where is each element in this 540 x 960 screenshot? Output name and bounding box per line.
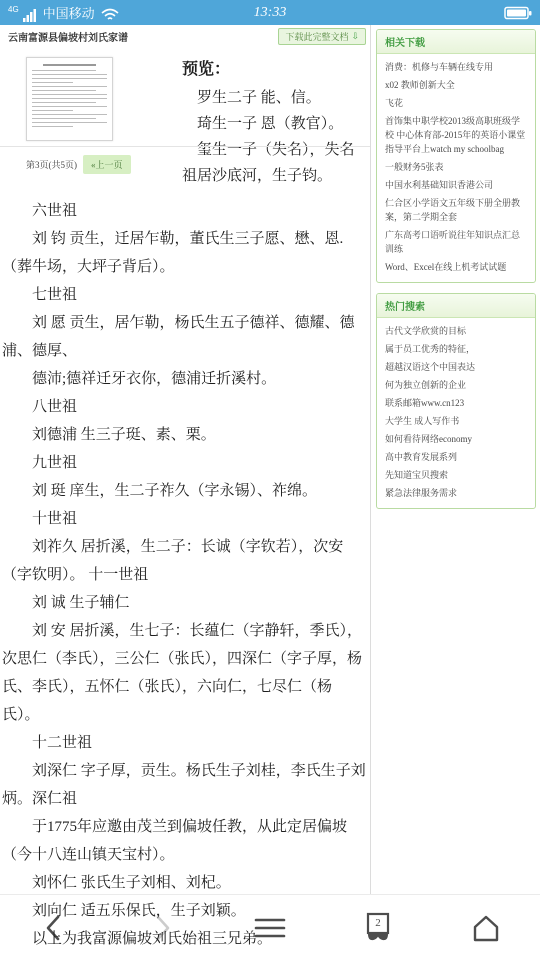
previous-page-button[interactable]: «上一页	[83, 155, 131, 174]
genealogy-text: 六世祖 刘 钧 贡生，迁居乍勒，董氏生三子愿、懋、恩.（葬牛场，大坪子背后）。 …	[0, 189, 370, 953]
search-link[interactable]: 紧急法律服务需求	[377, 484, 535, 502]
download-link[interactable]: Word、Excel在线上机考试试题	[377, 258, 535, 276]
genealogy-paragraph: 刘 钧 贡生，迁居乍勒，董氏生三子愿、懋、恩.（葬牛场，大坪子背后）。	[2, 225, 366, 281]
genealogy-paragraph: 以上为我富源偏坡刘氏始祖三兄弟。	[2, 925, 366, 953]
page-indicator: 第3页(共5页)	[26, 158, 77, 171]
download-link[interactable]: 飞花	[377, 94, 535, 112]
download-link[interactable]: 仁合区小学语文五年级下册全册教案，第二学期全套	[377, 194, 535, 226]
preview-line: 罗生二子 能、信。	[182, 85, 362, 111]
search-link[interactable]: 超越汉语这个中国表达	[377, 358, 535, 376]
browser-viewport: 云南富源县偏坡村刘氏家谱 下载此完整文档 ⇩	[0, 25, 540, 894]
search-link[interactable]: 属于员工优秀的特征，	[377, 340, 535, 358]
status-bar: 4G 中国移动 13:33	[0, 0, 540, 25]
download-document-button[interactable]: 下载此完整文档 ⇩	[278, 28, 366, 45]
hot-searches-panel: 热门搜索 古代文学欣赏的目标 属于员工优秀的特征， 超越汉语这个中国表达 何为独…	[376, 293, 536, 509]
related-downloads-list: 消费：机修与车辆在线专用 x02 教师创新大全 飞花 首饰集中职学校2013级高…	[377, 54, 535, 282]
search-link[interactable]: 古代文学欣赏的目标	[377, 322, 535, 340]
download-link[interactable]: 广东高考口语听说往年知识点汇总训练	[377, 226, 535, 258]
download-link[interactable]: 中国水利基础知识香港公司	[377, 176, 535, 194]
genealogy-paragraph: 十世祖	[2, 505, 366, 533]
genealogy-paragraph: 刘深仁 字子厚，贡生。杨氏生子刘桂，李氏生子刘炳。深仁祖	[2, 757, 366, 813]
sidebar: 相关下载 消费：机修与车辆在线专用 x02 教师创新大全 飞花 首饰集中职学校2…	[371, 25, 540, 894]
battery-icon	[504, 6, 532, 20]
genealogy-paragraph: 德沛;德祥迁牙衣你，德浦迁折溪村。	[2, 365, 366, 393]
genealogy-paragraph: 刘 珽 庠生，生二子祚久（字永锡）、祚绵。	[2, 477, 366, 505]
network-type-label: 4G	[8, 6, 19, 14]
carrier-label: 中国移动	[43, 3, 95, 22]
genealogy-paragraph: 刘祚久 居折溪，生二子：长诚（字钦若），次安（字钦明）。 十一世祖	[2, 533, 366, 589]
home-icon	[470, 913, 502, 943]
status-left-cluster: 4G 中国移动	[8, 3, 119, 22]
genealogy-paragraph: 刘德浦 生三子珽、素、栗。	[2, 421, 366, 449]
search-link[interactable]: 大学生 成人写作书	[377, 412, 535, 430]
genealogy-paragraph: 九世祖	[2, 449, 366, 477]
genealogy-paragraph: 刘向仁 适五乐保氏，生子刘颖。	[2, 897, 366, 925]
genealogy-paragraph: 刘 安 居折溪，生七子：长蕴仁（字静轩，季氏），次思仁（李氏），三公仁（张氏），…	[2, 617, 366, 729]
genealogy-paragraph: 六世祖	[2, 197, 366, 225]
download-button-label: 下载此完整文档	[285, 30, 348, 43]
download-link[interactable]: x02 教师创新大全	[377, 76, 535, 94]
home-button[interactable]	[432, 895, 540, 960]
genealogy-paragraph: 八世祖	[2, 393, 366, 421]
download-icon: ⇩	[351, 32, 359, 41]
download-link[interactable]: 首饰集中职学校2013级高职班级学校 中心体育部-2015年的英语小课堂指导平台…	[377, 112, 535, 158]
document-title: 云南富源县偏坡村刘氏家谱	[8, 29, 128, 44]
preview-line: 玺生一子（失名），失名祖居沙底河，生子钧。	[182, 137, 362, 189]
genealogy-paragraph: 刘 诚 生子辅仁	[2, 589, 366, 617]
page-navigation: 第3页(共5页) «上一页	[26, 155, 182, 174]
search-link[interactable]: 何为独立创新的企业	[377, 376, 535, 394]
document-header: 云南富源县偏坡村刘氏家谱 下载此完整文档 ⇩	[0, 25, 370, 47]
search-link[interactable]: 如何看待网络economy	[377, 430, 535, 448]
related-downloads-panel: 相关下载 消费：机修与车辆在线专用 x02 教师创新大全 飞花 首饰集中职学校2…	[376, 29, 536, 283]
signal-strength-icon	[23, 6, 37, 22]
section-divider	[0, 146, 370, 147]
document-main-column: 云南富源县偏坡村刘氏家谱 下载此完整文档 ⇩	[0, 25, 370, 894]
phone-screen: 4G 中国移动 13:33	[0, 0, 540, 960]
genealogy-paragraph: 七世祖	[2, 281, 366, 309]
preview-label: 预览：	[182, 57, 362, 83]
download-link[interactable]: 一般财务5张表	[377, 158, 535, 176]
preview-line: 琦生一子 恩（教官）。	[182, 111, 362, 137]
preview-text-column: 预览： 罗生二子 能、信。 琦生一子 恩（教官）。 玺生一子（失名），失名祖居沙…	[182, 57, 364, 189]
genealogy-paragraph: 十二世祖	[2, 729, 366, 757]
hot-searches-title: 热门搜索	[377, 294, 535, 318]
genealogy-paragraph: 刘怀仁 张氏生子刘相、刘杞。	[2, 869, 366, 897]
search-link[interactable]: 先知道宝贝搜索	[377, 466, 535, 484]
download-link[interactable]: 消费：机修与车辆在线专用	[377, 58, 535, 76]
search-link[interactable]: 高中教育发展系列	[377, 448, 535, 466]
preview-left-column: 第3页(共5页) «上一页	[26, 57, 182, 189]
status-right-cluster	[504, 6, 532, 20]
wifi-icon	[101, 8, 119, 22]
tab-count: 2	[375, 917, 381, 929]
search-link[interactable]: 联系邮箱www.cn123	[377, 394, 535, 412]
genealogy-paragraph: 刘 愿 贡生，居乍勒，杨氏生五子德祥、德耀、德浦、德厚、	[2, 309, 366, 365]
related-downloads-title: 相关下载	[377, 30, 535, 54]
thumbnail-title-line	[43, 64, 96, 66]
document-thumbnail[interactable]	[26, 57, 113, 141]
hot-searches-list: 古代文学欣赏的目标 属于员工优秀的特征， 超越汉语这个中国表达 何为独立创新的企…	[377, 318, 535, 508]
genealogy-paragraph: 于1775年应邀由茂兰到偏坡任教，从此定居偏坡（今十八连山镇天宝村）。	[2, 813, 366, 869]
preview-area: 第3页(共5页) «上一页 预览： 罗生二子 能、信。 琦生一子 恩（教官）。 …	[0, 47, 370, 189]
